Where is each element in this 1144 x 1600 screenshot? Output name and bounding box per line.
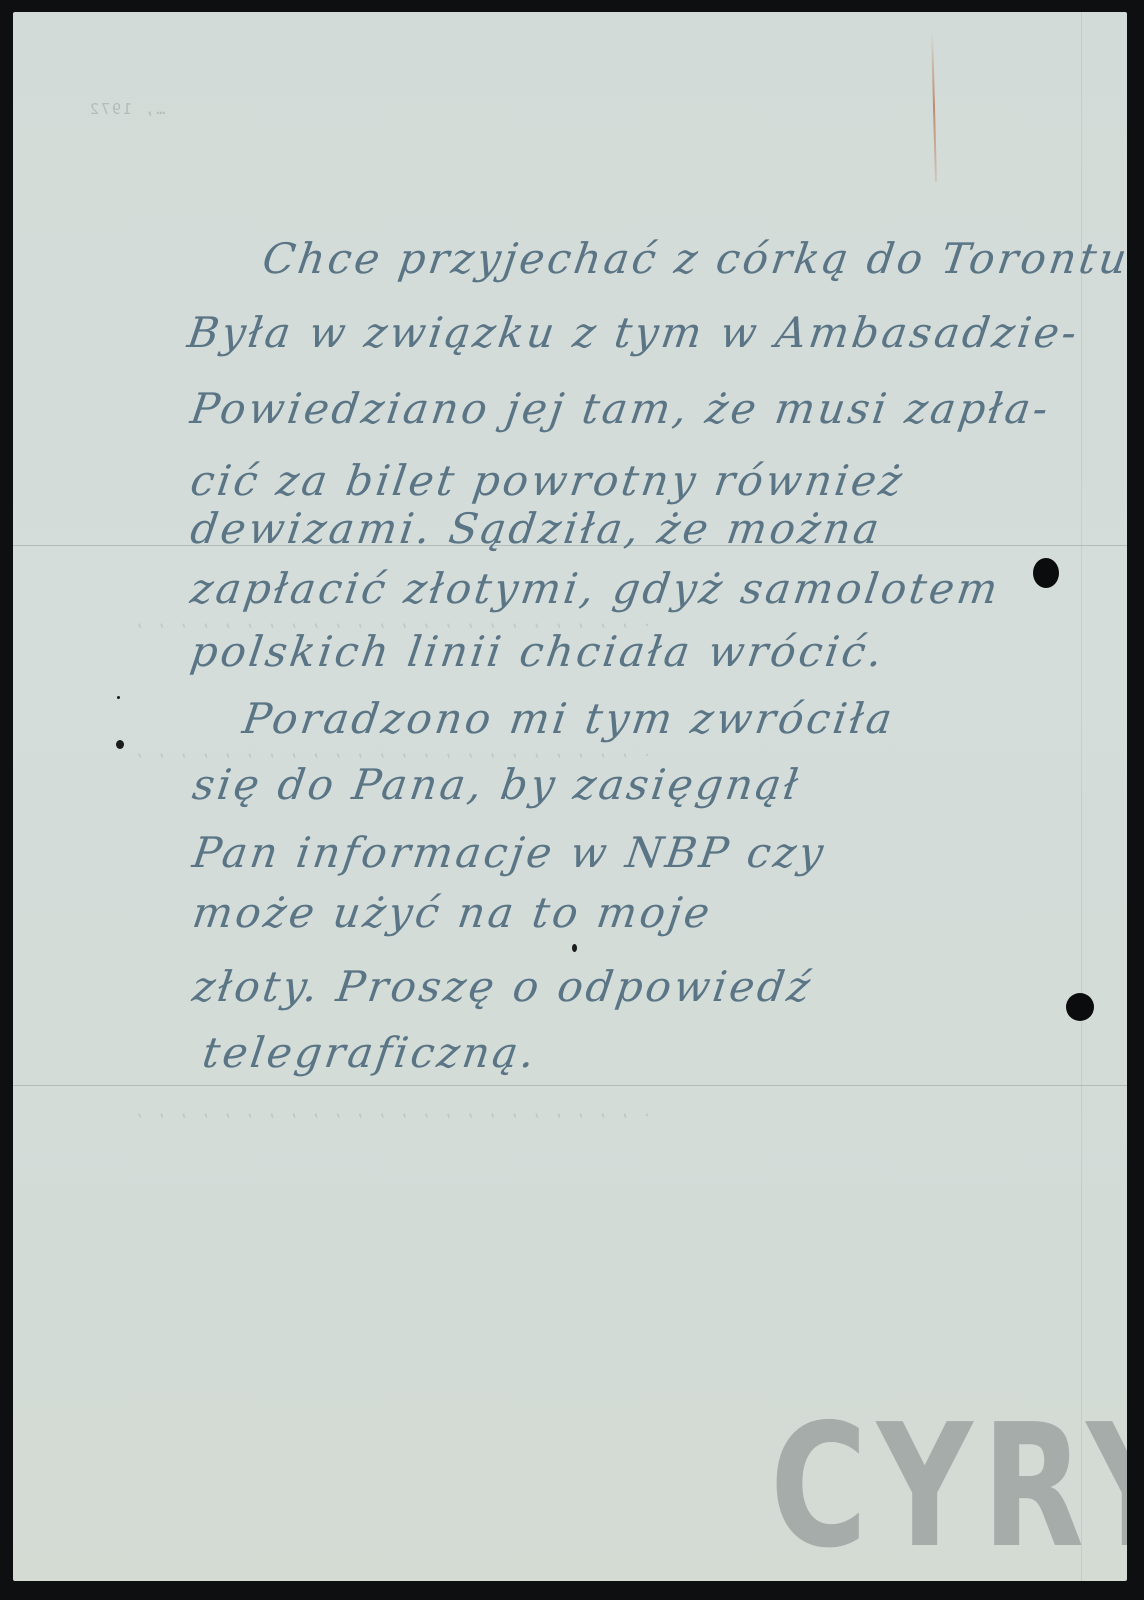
- bleed-through-header: …, 1972: [88, 100, 165, 118]
- handwritten-line: Poradzono mi tym zwróciła: [240, 694, 898, 743]
- handwritten-line: Chce przyjechać z córką do Torontu: [260, 234, 1127, 283]
- ink-dot: [572, 944, 577, 952]
- handwritten-line: Była w związku z tym w Ambasadzie-: [185, 308, 1083, 357]
- handwritten-line: Powiedziano jej tam, że musi zapła-: [188, 384, 1054, 433]
- fold-line: [13, 1085, 1127, 1086]
- letter-page: …, 1972 . , , , , , , , , , , , , , , , …: [13, 12, 1127, 1581]
- handwritten-line: Pan informacje w NBP czy: [190, 828, 830, 877]
- handwritten-line: zapłacić złotymi, gdyż samolotem: [188, 564, 1004, 613]
- cyryl-watermark-logo: CYRYL: [770, 1412, 1127, 1562]
- punch-hole: [1033, 558, 1059, 588]
- handwritten-line: złoty. Proszę o odpowiedź: [190, 962, 816, 1011]
- rust-stain: [931, 32, 937, 182]
- handwritten-line: się do Pana, by zasięgnął: [190, 760, 804, 809]
- ink-dot: [117, 696, 120, 699]
- punch-hole: [1066, 993, 1094, 1021]
- bleed-through-text: . , , , , , , , , , , , , , , , , , , , …: [133, 1102, 651, 1120]
- bleed-through-text: . , , , , , , , , , , , , , , , , , , , …: [133, 742, 651, 760]
- ink-dot: [116, 740, 124, 749]
- handwritten-line: dewizami. Sądziła, że można: [188, 504, 885, 553]
- handwritten-line: telegraficzną.: [200, 1028, 541, 1077]
- handwritten-line: polskich linii chciała wrócić.: [188, 627, 889, 676]
- handwritten-line: cić za bilet powrotny również: [188, 456, 908, 505]
- handwritten-line: może użyć na to moje: [190, 888, 716, 937]
